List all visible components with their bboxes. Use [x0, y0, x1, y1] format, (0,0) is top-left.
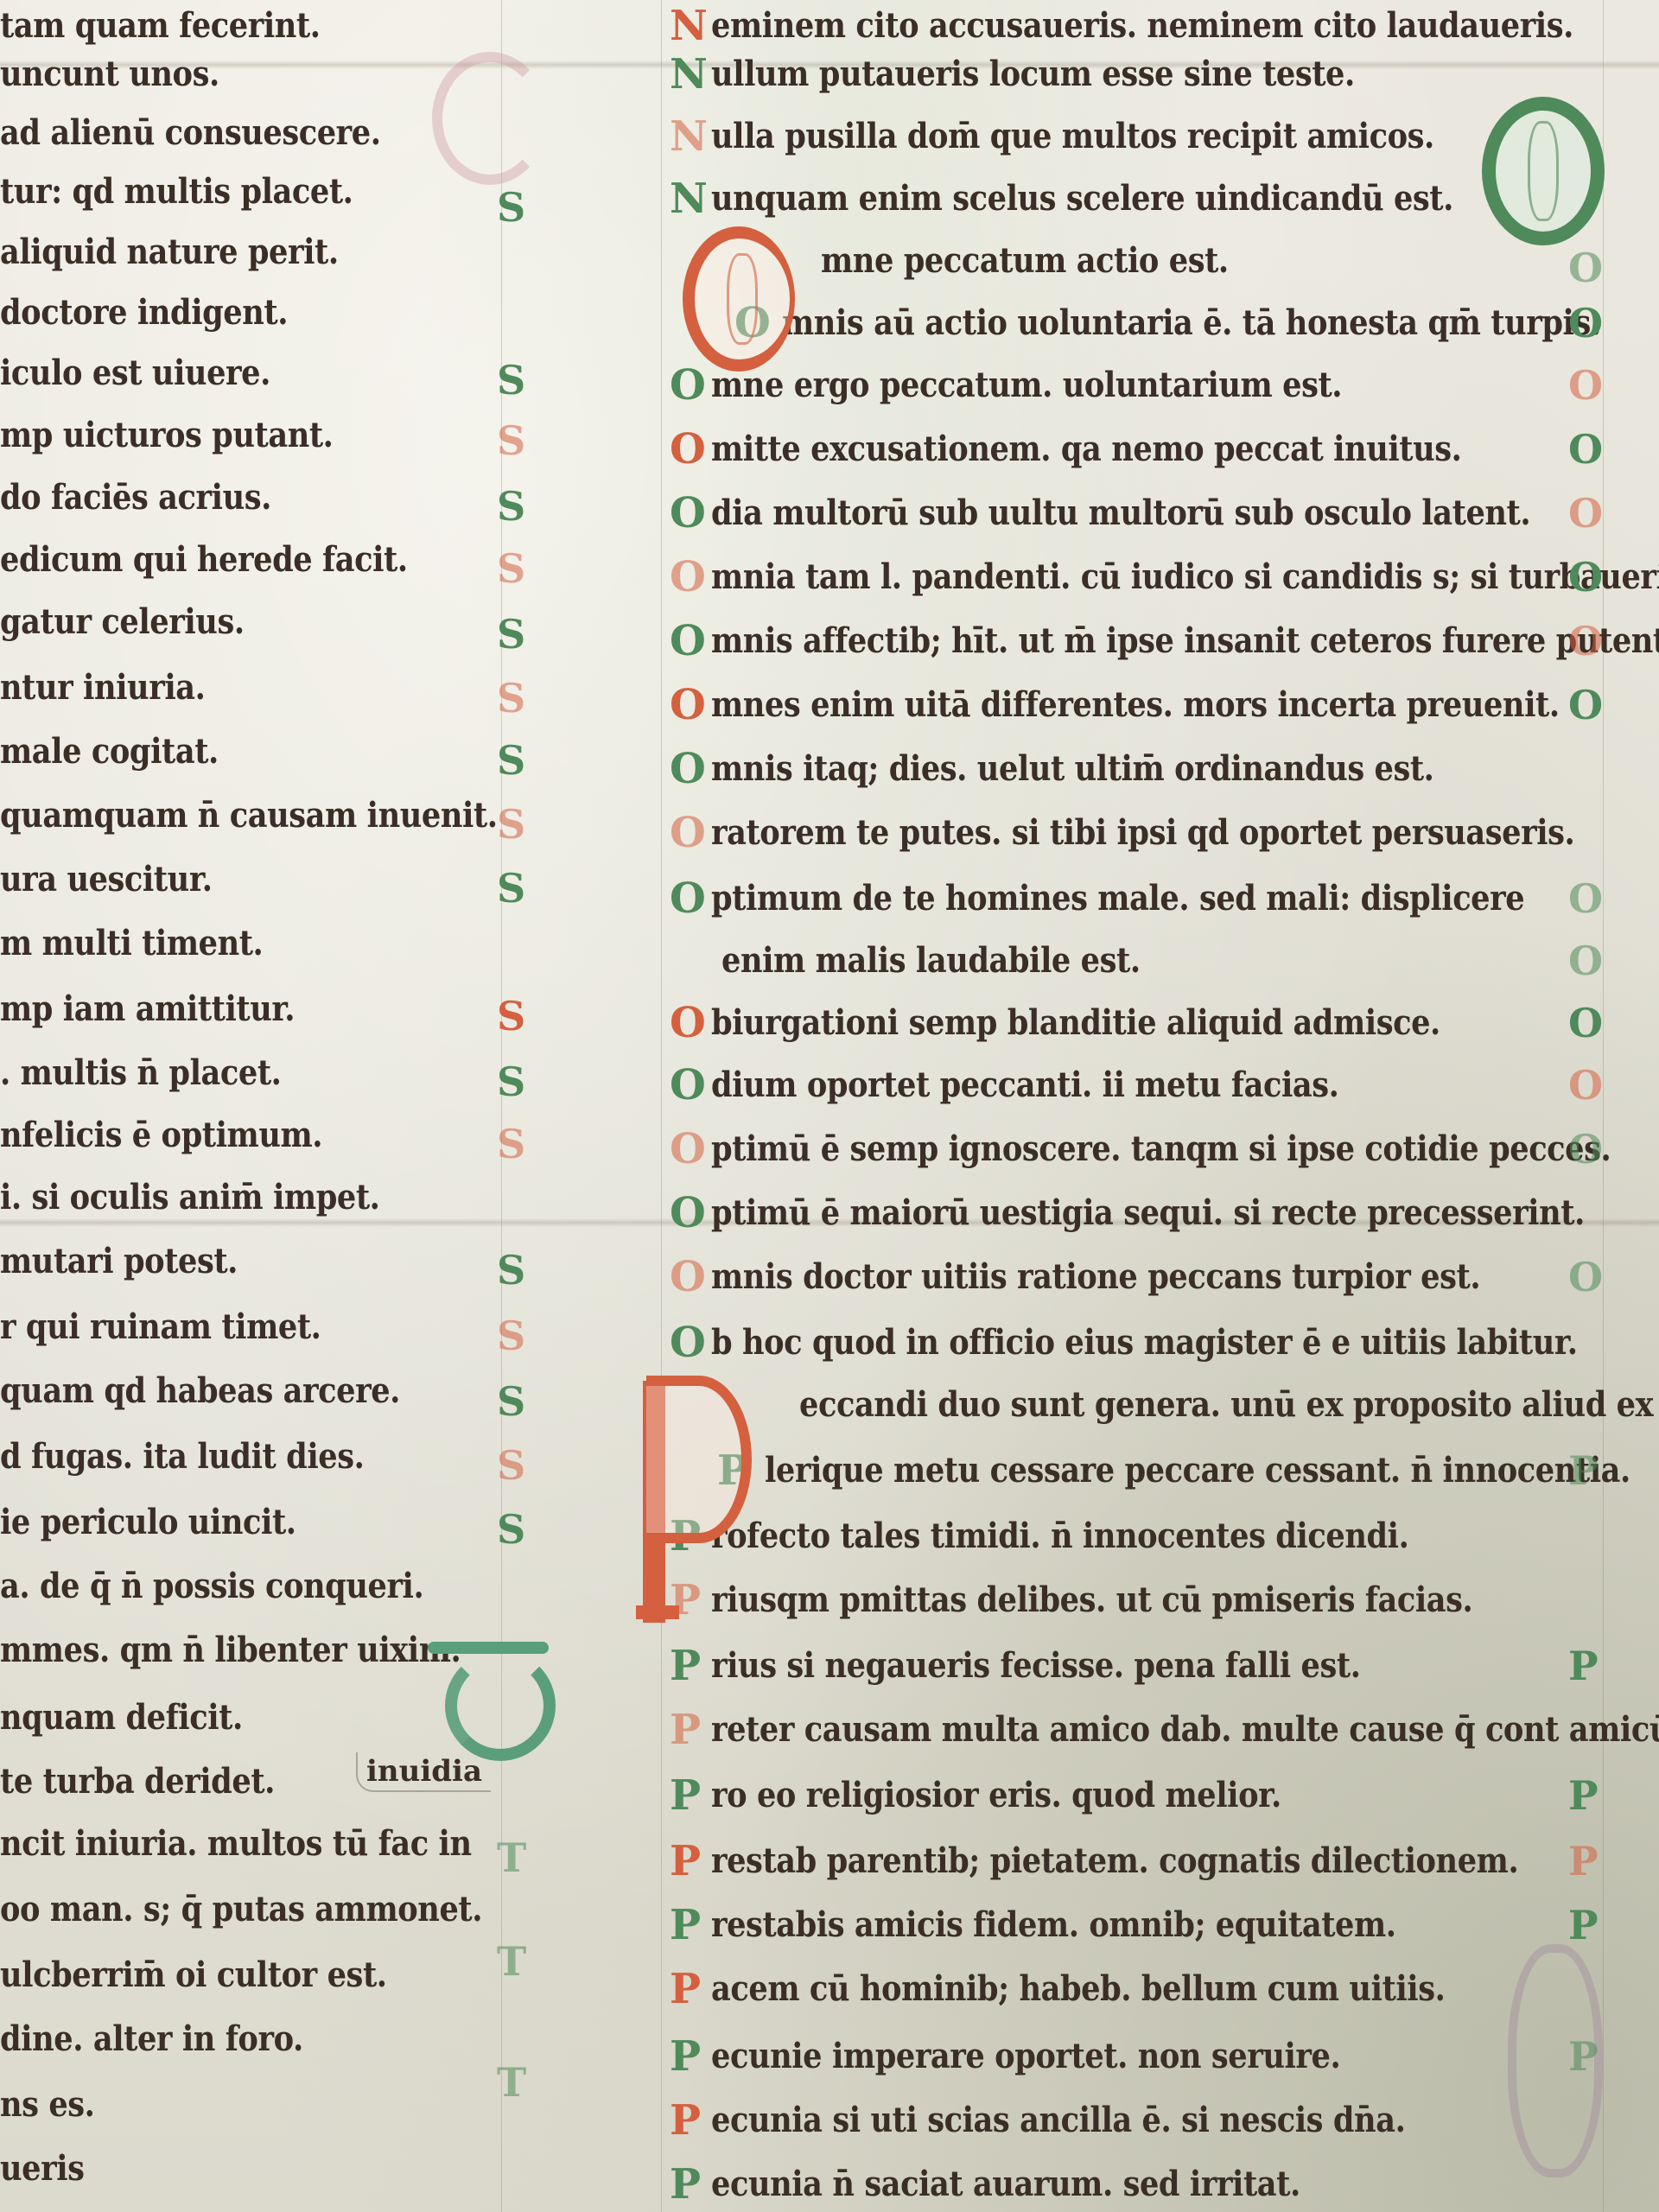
manuscript-line: Omitte excusationem. qa nemo peccat inui…: [670, 423, 1564, 475]
line-text: unquam enim scelus scelere uindicandū es…: [711, 173, 1453, 225]
manuscript-line: Plerique metu cessare peccare cessant. n…: [670, 1445, 1659, 1497]
rubricated-initial: P: [670, 2094, 701, 2146]
manuscript-line: Omnes enim uitā differentes. mors incert…: [670, 679, 1659, 731]
margin-initial: S: [497, 181, 525, 233]
margin-initial: O: [1568, 242, 1603, 294]
manuscript-line: edicum qui herede facit.: [0, 534, 463, 586]
line-text: oo man. s; q̄ putas ammonet.: [0, 1884, 482, 1935]
line-text: ns es.: [0, 2079, 94, 2131]
line-text: edicum qui herede facit.: [0, 534, 408, 586]
margin-initial: P: [1568, 1899, 1599, 1951]
decorated-initial-P: [636, 1372, 740, 1623]
line-text: i. si oculis anim̄ impet.: [0, 1172, 380, 1224]
line-text: iculo est uiuere.: [0, 347, 270, 399]
rubricated-initial: O: [670, 423, 705, 475]
rubricated-initial: O: [670, 1059, 705, 1111]
manuscript-line: doctore indigent.: [0, 287, 327, 339]
line-text: aliquid nature perit.: [0, 226, 339, 278]
line-text: ntur iniuria.: [0, 662, 205, 714]
manuscript-line: te turba deridet.: [0, 1756, 312, 1808]
line-text: tam quam fecerint.: [0, 0, 321, 52]
manuscript-line: nfelicis ē optimum.: [0, 1109, 366, 1161]
line-text: mutari potest.: [0, 1236, 238, 1287]
manuscript-line: do faciēs acrius.: [0, 472, 308, 524]
line-text: ncit iniuria. multos tū fac in: [0, 1818, 472, 1870]
rubricated-initial: N: [670, 173, 707, 225]
line-text: ulla pusilla dom̄ que multos recipit ami…: [711, 111, 1434, 162]
manuscript-line: tur: qd multis placet.: [0, 166, 401, 218]
line-text: acem cū hominib; habeb. bellum cum uitii…: [711, 1963, 1445, 2015]
manuscript-line: Prestabis amicis fidem. omnib; equitatem…: [670, 1899, 1490, 1951]
margin-initial: O: [1568, 997, 1603, 1049]
margin-initial: O: [1568, 423, 1603, 475]
right-text-column: Neminem cito accusaueris. neminem cito l…: [670, 0, 1603, 2212]
line-text: mp iam amittitur.: [0, 983, 295, 1035]
rubricated-initial: O: [670, 743, 705, 795]
margin-initial: O: [1568, 935, 1603, 987]
line-text: restabis amicis fidem. omnib; equitatem.: [711, 1899, 1396, 1951]
margin-initial: O: [1568, 873, 1603, 925]
line-text: mnis affectib; hīt. ut m̄ ipse insanit c…: [711, 615, 1659, 667]
rubricated-initial: O: [670, 1251, 705, 1303]
manuscript-line: Omnis affectib; hīt. ut m̄ ipse insanit …: [670, 615, 1659, 667]
manuscript-line: Omnis aū actio uoluntaria ē. tā honesta …: [670, 297, 1659, 349]
manuscript-line: Prestab parentib; pietatem. cognatis dil…: [670, 1835, 1629, 1887]
margin-initial: S: [497, 543, 525, 594]
line-text: enim malis laudabile est.: [721, 935, 1141, 987]
line-text: mp uicturos putant.: [0, 410, 333, 461]
rubricated-initial: O: [670, 615, 705, 667]
manuscript-line: Pecunie imperare oportet. non seruire.: [670, 2031, 1427, 2082]
line-text: mne peccatum actio est.: [821, 235, 1229, 287]
manuscript-line: Omnia tam l. pandenti. cū iudico si cand…: [670, 551, 1659, 603]
line-text: restab parentib; pietatem. cognatis dile…: [711, 1835, 1518, 1887]
line-text: reter causam multa amico dab. multe caus…: [711, 1704, 1659, 1756]
manuscript-line: Odia multorū sub uultu multorū sub oscul…: [670, 487, 1642, 539]
margin-initial: S: [497, 1310, 525, 1362]
line-text: male cogitat.: [0, 726, 219, 778]
line-text: lerique metu cessare peccare cessant. n̄…: [765, 1445, 1630, 1497]
manuscript-line: male cogitat.: [0, 726, 248, 778]
manuscript-line: mp iam amittitur.: [0, 983, 335, 1035]
margin-initial: S: [497, 1440, 525, 1491]
margin-initial: S: [497, 1244, 525, 1296]
line-text: do faciēs acrius.: [0, 472, 271, 524]
manuscript-line: tam quam fecerint.: [0, 0, 364, 52]
manuscript-line: mp uicturos putant.: [0, 410, 378, 461]
marginal-gloss: inuidia: [356, 1752, 491, 1792]
line-text: ie periculo uincit.: [0, 1497, 296, 1548]
line-text: ecunia n̄ saciat auarum. sed irritat.: [711, 2158, 1300, 2210]
rubricated-initial: N: [670, 111, 707, 162]
line-text: quam qd habeas arcere.: [0, 1365, 400, 1417]
left-margin-initials: SSSSSSSSSSSSSSSSSSTTT: [497, 0, 566, 2212]
rubricated-initial: O: [670, 487, 705, 539]
margin-initial: O: [1568, 359, 1603, 411]
manuscript-line: r qui ruinam timet.: [0, 1301, 365, 1353]
line-text: mnis aū actio uoluntaria ē. tā honesta q…: [782, 297, 1601, 349]
manuscript-line: Pacem cū hominib; habeb. bellum cum uiti…: [670, 1963, 1545, 2015]
margin-initial: O: [1568, 1059, 1603, 1111]
manuscript-line: Odium oportet peccanti. ii metu facias.: [670, 1059, 1425, 1111]
margin-initial: S: [497, 862, 525, 914]
margin-initial: P: [1568, 1445, 1599, 1497]
manuscript-line: quam qd habeas arcere.: [0, 1365, 454, 1417]
manuscript-line: ura uescitur.: [0, 854, 241, 906]
rubricated-initial: P: [670, 1835, 701, 1887]
line-text: ptimū ē semp ignoscere. tanqm si ipse co…: [711, 1123, 1611, 1175]
manuscript-line: gatur celerius.: [0, 596, 277, 648]
margin-initial: S: [497, 798, 525, 850]
manuscript-line: Optimū ē maiorū uestigia sequi. si recte…: [670, 1187, 1659, 1239]
manuscript-line: nquam deficit.: [0, 1692, 276, 1744]
rubricated-initial: O: [670, 807, 705, 859]
margin-initial: S: [497, 734, 525, 786]
rubricated-initial: P: [670, 1640, 701, 1692]
line-text: . multis n̄ placet.: [0, 1047, 281, 1099]
line-text: rius si negaueris fecisse. pena falli es…: [711, 1640, 1361, 1692]
manuscript-line: Profecto tales timidi. n̄ innocentes dic…: [670, 1510, 1503, 1562]
line-text: ptimum de te homines male. sed mali: dis…: [711, 873, 1524, 925]
decorated-initial-T: [428, 1633, 549, 1745]
manuscript-line: Preter causam multa amico dab. multe cau…: [670, 1704, 1659, 1756]
margin-initial: S: [497, 1056, 525, 1108]
manuscript-line: Omnis itaq; dies. uelut ultim̄ ordinandu…: [670, 743, 1533, 795]
manuscript-line: . multis n̄ placet.: [0, 1047, 320, 1099]
rubricated-initial: O: [670, 1317, 705, 1369]
rubricated-initial: P: [670, 1899, 701, 1951]
line-text: ad alienū consuescere.: [0, 107, 381, 159]
line-text: ura uescitur.: [0, 854, 213, 906]
manuscript-line: ulcberrim̄ oi cultor est.: [0, 1949, 440, 2001]
margin-initial: O: [1568, 1251, 1603, 1303]
line-text: tur: qd multis placet.: [0, 166, 353, 218]
manuscript-line: Omnis doctor uitiis ratione peccans turp…: [670, 1251, 1586, 1303]
manuscript-line: Nullum putaueris locum esse sine teste.: [670, 48, 1442, 100]
line-text: d fugas. ita ludit dies.: [0, 1431, 364, 1483]
initial-bowl: [445, 1650, 556, 1761]
line-text: ullum putaueris locum esse sine teste.: [711, 48, 1355, 100]
line-text: mne ergo peccatum. uoluntarium est.: [711, 359, 1342, 411]
margin-initial: S: [497, 354, 525, 406]
line-text: biurgationi semp blanditie aliquid admis…: [711, 997, 1440, 1049]
manuscript-line: Obiurgationi semp blanditie aliquid admi…: [670, 997, 1540, 1049]
margin-initial: S: [497, 990, 525, 1042]
manuscript-line: ueris: [0, 2143, 96, 2195]
rubricated-initial: O: [670, 679, 705, 731]
manuscript-line: Pecunia si uti scias ancilla ē. si nesci…: [670, 2094, 1500, 2146]
margin-initial: O: [1568, 487, 1603, 539]
rubricated-initial: O: [670, 873, 705, 925]
margin-initial: O: [1568, 615, 1603, 667]
manuscript-line: oo man. s; q̄ putas ammonet.: [0, 1884, 548, 1935]
manuscript-line: Pecunia n̄ saciat auarum. sed irritat.: [670, 2158, 1381, 2210]
manuscript-line: quamquam n̄ causam inuenit.: [0, 790, 565, 842]
margin-initial: S: [497, 608, 525, 660]
line-text: mitte excusationem. qa nemo peccat inuit…: [711, 423, 1461, 475]
rubricated-initial: O: [670, 1123, 705, 1175]
margin-initial: S: [497, 1503, 525, 1555]
rubricated-initial: O: [670, 551, 705, 603]
manuscript-line: i. si oculis anim̄ impet.: [0, 1172, 431, 1224]
line-text: ecunie imperare oportet. non seruire.: [711, 2031, 1340, 2082]
line-text: mmes. qm n̄ libenter uixim.: [0, 1624, 461, 1676]
line-text: dium oportet peccanti. ii metu facias.: [711, 1059, 1338, 1111]
manuscript-line: ie periculo uincit.: [0, 1497, 336, 1548]
line-text: ueris: [0, 2143, 85, 2195]
line-text: mnis doctor uitiis ratione peccans turpi…: [711, 1251, 1480, 1303]
margin-initial: S: [497, 1118, 525, 1170]
margin-initial: T: [497, 1832, 526, 1884]
margin-initial: S: [497, 415, 525, 467]
line-text: rofecto tales timidi. n̄ innocentes dice…: [711, 1510, 1408, 1562]
margin-initial: S: [497, 672, 525, 724]
rubricated-initial: P: [670, 1770, 701, 1821]
manuscript-line: ncit iniuria. multos tū fac in: [0, 1818, 536, 1870]
line-text: mnis itaq; dies. uelut ultim̄ ordinandus…: [711, 743, 1433, 795]
margin-initial: O: [1568, 297, 1603, 349]
line-text: dia multorū sub uultu multorū sub osculo…: [711, 487, 1530, 539]
line-text: b hoc quod in officio eius magister ē e …: [711, 1317, 1578, 1369]
margin-initial: P: [1568, 1640, 1599, 1692]
manuscript-line: Prius si negaueris fecisse. pena falli e…: [670, 1640, 1449, 1692]
line-text: m multi timent.: [0, 918, 263, 969]
margin-initial: P: [1568, 1835, 1599, 1887]
manuscript-line: eccandi duo sunt genera. unū ex proposit…: [670, 1379, 1659, 1431]
line-text: te turba deridet.: [0, 1756, 275, 1808]
margin-initial: P: [1568, 1770, 1599, 1821]
decorated-initial-O-red: [683, 226, 795, 372]
manuscript-line: dine. alter in foro.: [0, 2013, 345, 2065]
manuscript-line: Nunquam enim scelus scelere uindicandū e…: [670, 173, 1554, 225]
margin-initial: T: [497, 2056, 526, 2108]
manuscript-line: Omne ergo peccatum. uoluntarium est.: [670, 359, 1428, 411]
line-text: nfelicis ē optimum.: [0, 1109, 322, 1161]
line-text: r qui ruinam timet.: [0, 1301, 321, 1353]
left-text-column: tam quam fecerint.uncunt unos.ad alienū …: [0, 0, 518, 2212]
rubricated-initial: O: [670, 359, 705, 411]
rubricated-initial: O: [670, 1187, 705, 1239]
manuscript-line: d fugas. ita ludit dies.: [0, 1431, 414, 1483]
margin-initial: O: [1568, 1123, 1603, 1175]
right-margin-initials: OOOOOOOOOOOOOOPPPPPP: [1568, 0, 1637, 2212]
manuscript-line: Ob hoc quod in officio eius magister ē e…: [670, 1317, 1659, 1369]
manuscript-line: enim malis laudabile est.: [670, 935, 1198, 987]
line-text: gatur celerius.: [0, 596, 245, 648]
line-text: ratorem te putes. si tibi ipsi qd oporte…: [711, 807, 1574, 859]
line-text: nquam deficit.: [0, 1692, 243, 1744]
rubricated-initial: O: [670, 997, 705, 1049]
manuscript-line: Neminem cito accusaueris. neminem cito l…: [670, 0, 1659, 52]
manuscript-line: iculo est uiuere.: [0, 347, 308, 399]
manuscript-line: Optimū ē semp ignoscere. tanqm si ipse c…: [670, 1123, 1659, 1175]
line-text: eminem cito accusaueris. neminem cito la…: [711, 0, 1573, 52]
decorated-initial-O-green: [1482, 97, 1605, 245]
line-text: mnia tam l. pandenti. cū iudico si candi…: [711, 551, 1659, 603]
manuscript-line: ad alienū consuescere.: [0, 107, 433, 159]
manuscript-line: ns es.: [0, 2079, 107, 2131]
margin-initial: O: [1568, 679, 1603, 731]
line-text: ecunia si uti scias ancilla ē. si nescis…: [711, 2094, 1405, 2146]
margin-initial: S: [497, 1376, 525, 1427]
line-text: mnes enim uitā differentes. mors incerta…: [711, 679, 1560, 731]
rubricated-initial: P: [670, 1963, 701, 2015]
line-text: doctore indigent.: [0, 287, 288, 339]
line-text: uncunt unos.: [0, 48, 219, 100]
line-text: ulcberrim̄ oi cultor est.: [0, 1949, 387, 2001]
rubricated-initial: N: [670, 48, 707, 100]
manuscript-line: Nulla pusilla dom̄ que multos recipit am…: [670, 111, 1533, 162]
line-text: ro eo religiosior eris. quod melior.: [711, 1770, 1281, 1821]
manuscript-line: uncunt unos.: [0, 48, 249, 100]
manuscript-line: Oratorem te putes. si tibi ipsi qd oport…: [670, 807, 1659, 859]
manuscript-line: mutari potest.: [0, 1236, 270, 1287]
line-text: quamquam n̄ causam inuenit.: [0, 790, 498, 842]
manuscript-line: a. de q̄ n̄ possis conqueri.: [0, 1560, 481, 1612]
margin-initial: P: [1568, 2031, 1599, 2082]
margin-initial: T: [497, 1935, 526, 1987]
rubricated-initial: P: [670, 2031, 701, 2082]
manuscript-line: Pro eo religiosior eris. quod melior.: [670, 1770, 1359, 1821]
rubricated-initial: P: [670, 1704, 701, 1756]
line-text: a. de q̄ n̄ possis conqueri.: [0, 1560, 423, 1612]
manuscript-line: Optimum de te homines male. sed mali: di…: [670, 873, 1636, 925]
line-text: dine. alter in foro.: [0, 2013, 303, 2065]
line-text: ptimū ē maiorū uestigia sequi. si recte …: [711, 1187, 1585, 1239]
rubricated-initial: N: [670, 0, 707, 52]
rubricated-initial: P: [670, 2158, 701, 2210]
margin-initial: S: [497, 480, 525, 532]
manuscript-line: m multi timent.: [0, 918, 299, 969]
line-text: eccandi duo sunt genera. unū ex proposit…: [799, 1379, 1659, 1431]
column-ruling-line: [661, 0, 662, 2212]
margin-initial: O: [1568, 551, 1603, 603]
manuscript-line: Priusqm pmittas delibes. ut cū pmiseris …: [670, 1574, 1577, 1626]
line-text: riusqm pmittas delibes. ut cū pmiseris f…: [711, 1574, 1472, 1626]
manuscript-line: aliquid nature perit.: [0, 226, 385, 278]
manuscript-line: ntur iniuria.: [0, 662, 233, 714]
